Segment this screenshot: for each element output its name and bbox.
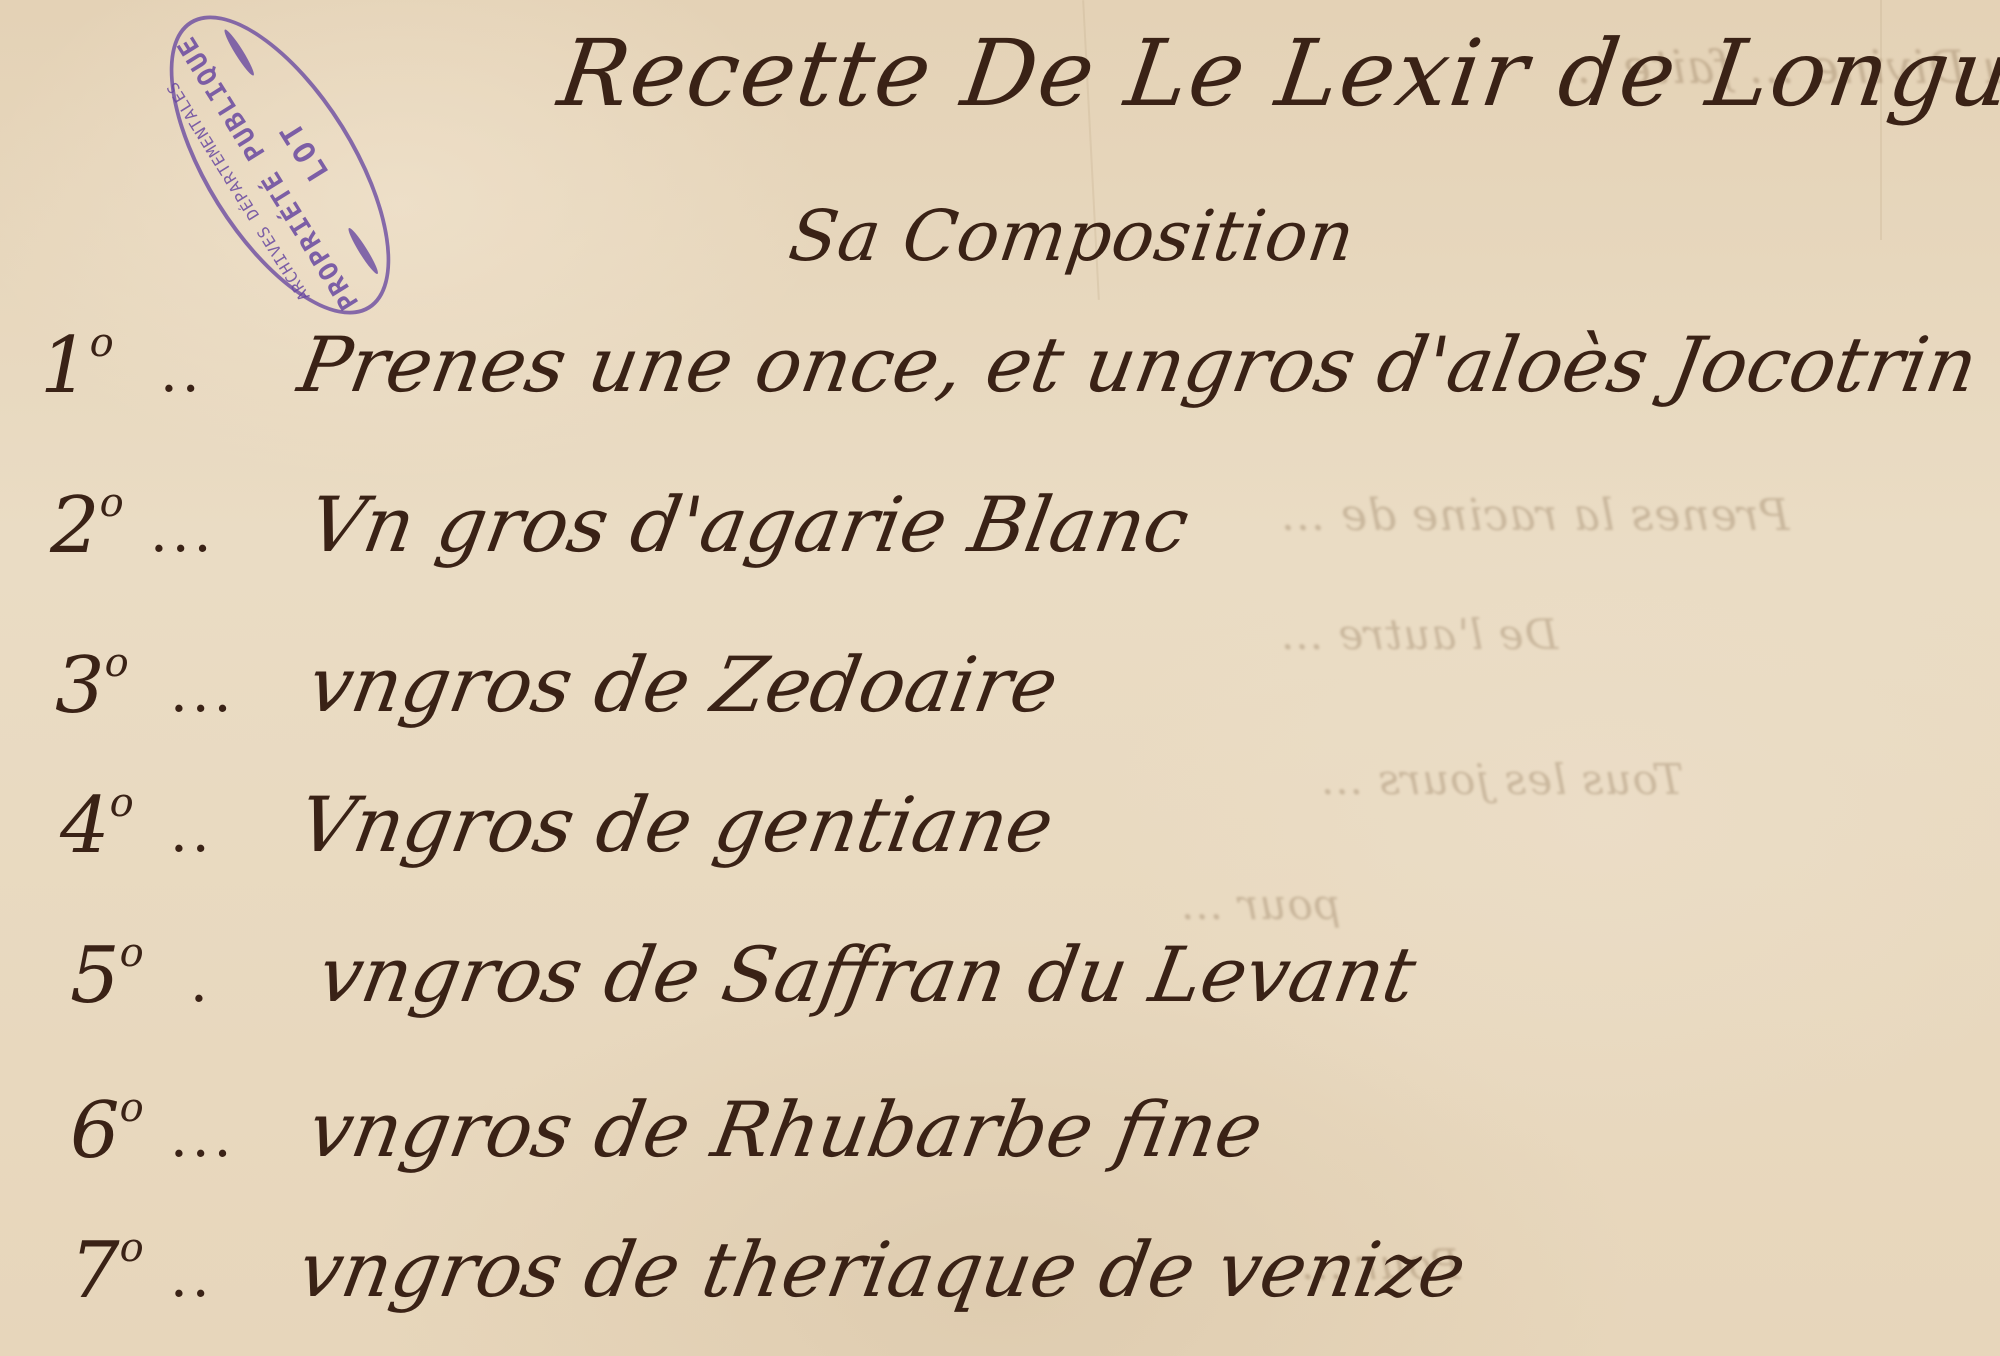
- item-leader-dash: ..: [160, 340, 204, 405]
- ingredient-item-5: 5o . vngros de Saffran du Levant: [0, 930, 2000, 1050]
- ingredient-item-3: 3o ... vngros de Zedoaire: [0, 640, 2000, 760]
- item-number: 2o: [50, 480, 124, 571]
- item-text: Vngros de gentiane: [292, 780, 1060, 869]
- ingredient-item-1: 1o .. Prenes une once, et ungros d'aloès…: [0, 320, 2000, 440]
- item-number: 1o: [40, 320, 114, 411]
- item-leader-dash: .: [190, 950, 212, 1015]
- item-leader-dash: ..: [170, 800, 214, 865]
- document-title: Recette De Le Lexir de Longue Vie: [552, 20, 2000, 127]
- item-text: Vn gros d'agarie Blanc: [302, 480, 1195, 569]
- item-text: Prenes une once, et ungros d'aloès Jocot…: [292, 320, 1984, 409]
- item-text: vngros de Rhubarbe fine: [302, 1085, 1269, 1174]
- document-subtitle: Sa Composition: [784, 195, 1360, 277]
- item-leader-dash: ...: [170, 660, 235, 725]
- item-leader-dash: ..: [170, 1245, 214, 1310]
- ingredient-item-6: 6o ... vngros de Rhubarbe fine: [0, 1085, 2000, 1205]
- manuscript-page: Eau Divine ... faite ... Prenes la racin…: [0, 0, 2000, 1356]
- item-text: vngros de Zedoaire: [302, 640, 1064, 729]
- item-text: vngros de theriaque de venize: [292, 1225, 1472, 1314]
- ingredient-item-2: 2o ... Vn gros d'agarie Blanc: [0, 480, 2000, 600]
- ingredient-item-7: 7o .. vngros de theriaque de venize: [0, 1225, 2000, 1345]
- item-number: 3o: [55, 640, 129, 731]
- stamp-archives-label: ARCHIVES DÉPARTEMENTALES: [142, 45, 334, 337]
- item-text: vngros de Saffran du Levant: [312, 930, 1422, 1019]
- item-leader-dash: ...: [150, 500, 215, 565]
- archive-stamp: ARCHIVES DÉPARTEMENTALES PROPRIÉTÉ PUBLI…: [126, 0, 433, 349]
- item-leader-dash: ...: [170, 1105, 235, 1170]
- ingredient-item-4: 4o .. Vngros de gentiane: [0, 780, 2000, 900]
- item-number: 4o: [60, 780, 134, 871]
- item-number: 7o: [70, 1225, 144, 1316]
- item-number: 5o: [70, 930, 144, 1021]
- item-number: 6o: [70, 1085, 144, 1176]
